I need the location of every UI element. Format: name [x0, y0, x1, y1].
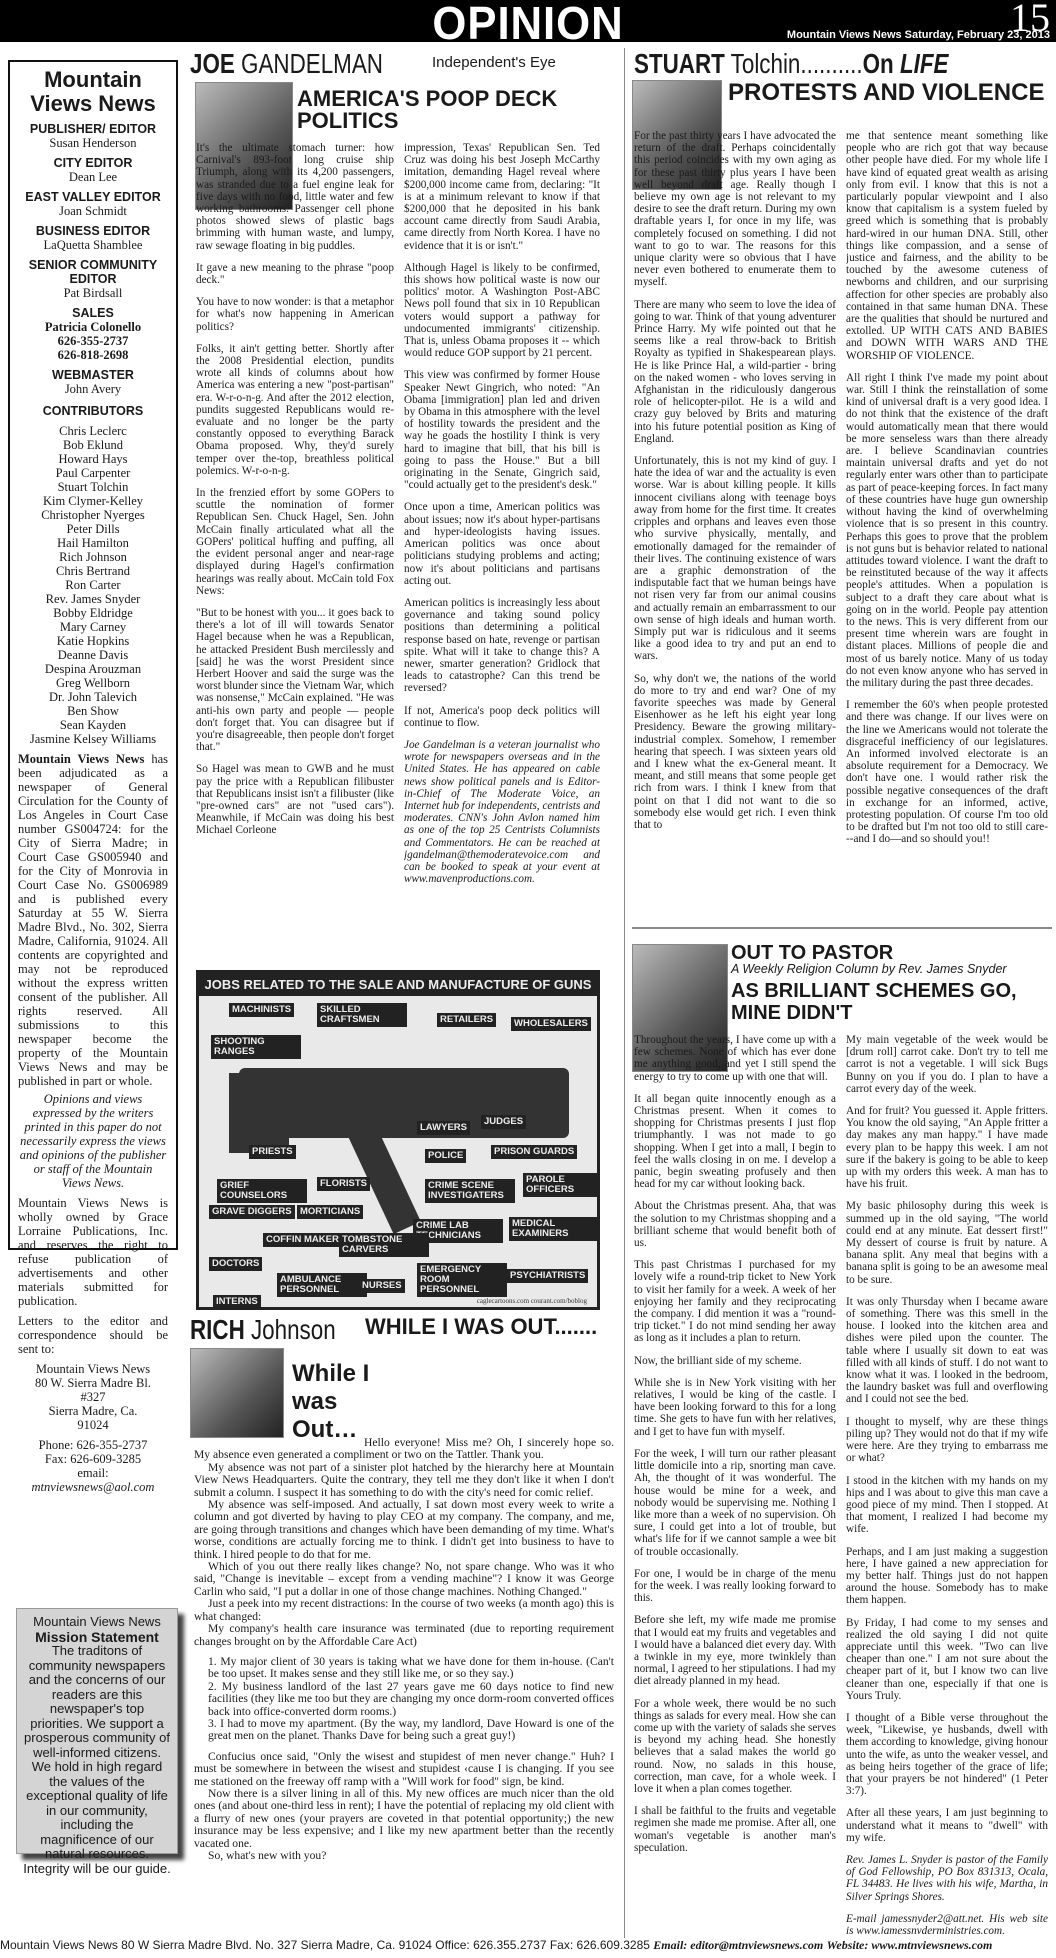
column-name: Independent's Eye — [432, 54, 556, 71]
tolchin-col1: For the past thirty years I have advocat… — [634, 130, 836, 920]
cartoon-label: MEDICAL EXAMINERS — [509, 1217, 597, 1241]
paragraph: It was only Thursday when I became aware… — [846, 1296, 1048, 1406]
section-banner: OPINION 15 Mountain Views News Saturday,… — [0, 0, 1056, 42]
paragraph: Hello everyone! Miss me? Oh, I sincerely… — [194, 1437, 614, 1462]
cartoon-credit: caglecartoons.com courant.com/boblog — [477, 1297, 587, 1305]
page-footer: Mountain Views News 80 W Sierra Madre Bl… — [0, 1938, 1056, 1953]
paragraph: All right I think I've made my point abo… — [846, 372, 1048, 689]
contributor-name: Ron Carter — [18, 578, 168, 592]
paragraph: I remember the 60's when people proteste… — [846, 699, 1048, 845]
cartoon-label: RETAILERS — [437, 1013, 496, 1027]
contributor-name: Greg Wellborn — [18, 676, 168, 690]
paragraph: I thought to myself, why are these thing… — [846, 1416, 1048, 1465]
paragraph: This past Christmas I purchased for my l… — [634, 1259, 836, 1344]
adjudication-name: Mountain Views News — [18, 752, 144, 766]
column-name-a: On — [863, 48, 900, 79]
johnson-photo — [190, 1348, 284, 1438]
cartoon-label: PRISON GUARDS — [491, 1145, 577, 1159]
email-link[interactable]: mtnviewsnews@aol.com — [18, 1480, 168, 1494]
gandelman-headline: AMERICA'S POOP DECK POLITICS — [297, 88, 597, 132]
contributor-name: Ben Show — [18, 704, 168, 718]
tolchin-headline: PROTESTS AND VIOLENCE — [728, 82, 1044, 104]
gandelman-col1: It's the ultimate stomach turner: how Ca… — [196, 142, 394, 962]
footer-website[interactable]: Website: www.mtnviewsnews.com — [827, 1938, 993, 1952]
paragraph: There are many who seem to love the idea… — [634, 299, 836, 445]
author-first: STUART — [634, 48, 725, 79]
address-line: #327 — [18, 1390, 168, 1404]
johnson-body: Hello everyone! Miss me? Oh, I sincerely… — [194, 1437, 614, 1933]
cartoon-label: EMERGENCY ROOM PERSONNEL — [417, 1263, 507, 1297]
johnson-kicker: WHILE I WAS OUT....... — [365, 1316, 597, 1338]
author-contact: E-mail jamessnyder2@att.net. His web sit… — [846, 1913, 1048, 1934]
contributor-name: Howard Hays — [18, 452, 168, 466]
paragraph: I stood in the kitchen with my hands on … — [846, 1475, 1048, 1536]
staff-role: CITY EDITOR — [18, 156, 168, 170]
section-title: OPINION — [26, 0, 1029, 50]
paragraph: Now, the brilliant side of my scheme. — [634, 1355, 836, 1367]
paragraph: Once upon a time, American politics was … — [404, 501, 600, 586]
contributor-name: Despina Arouzman — [18, 662, 168, 676]
tolchin-col2: me that sentence meant something like pe… — [846, 130, 1048, 920]
cartoon-label: POLICE — [425, 1149, 466, 1163]
ownership-notice: Mountain Views News is wholly owned by G… — [18, 1196, 168, 1308]
paragraph: This view was confirmed by former House … — [404, 369, 600, 491]
cartoon-label: MACHINISTS — [229, 1003, 294, 1017]
contributor-name: Hail Hamilton — [18, 536, 168, 550]
mailing-address: Mountain Views News80 W. Sierra Madre Bl… — [18, 1362, 168, 1432]
contributor-name: Stuart Tolchin — [18, 480, 168, 494]
paragraph: Now there is a silver lining in all of t… — [194, 1788, 614, 1850]
staff-name: John Avery — [18, 382, 168, 396]
paragraph: For the past thirty years I have advocat… — [634, 130, 836, 289]
contributor-name: Chris Leclerc — [18, 424, 168, 438]
footer-address: Mountain Views News 80 W Sierra Madre Bl… — [0, 1938, 650, 1952]
cartoon-label: WHOLESALERS — [511, 1017, 591, 1031]
snyder-column-name: OUT TO PASTOR — [731, 942, 893, 964]
paragraph: It all began quite innocently enough as … — [634, 1093, 836, 1191]
cartoon-label: GRAVE DIGGERS — [209, 1205, 295, 1219]
paragraph: "But to be honest with you... it goes ba… — [196, 607, 394, 753]
snyder-col1: Throughout the years, I have come up wit… — [634, 1034, 836, 1934]
address-line: Sierra Madre, Ca. — [18, 1404, 168, 1418]
phone: Phone: 626-355-2737 — [18, 1438, 168, 1452]
contributors-list: Chris LeclercBob EklundHoward HaysPaul C… — [18, 424, 168, 746]
contributor-name: Mary Carney — [18, 620, 168, 634]
cartoon-label: NURSES — [359, 1279, 405, 1293]
paragraph: So Hagel was mean to GWB and he must pay… — [196, 763, 394, 836]
contributor-name: Deanne Davis — [18, 648, 168, 662]
contributor-name: Peter Dills — [18, 522, 168, 536]
staff-name: LaQuetta Shamblee — [18, 238, 168, 252]
paragraph: And for fruit? You guessed it. Apple fri… — [846, 1105, 1048, 1190]
cartoon-label: PSYCHIATRISTS — [507, 1269, 588, 1283]
paragraph: For one, I would be in charge of the men… — [634, 1568, 836, 1605]
cartoon-label: INTERNS — [213, 1295, 261, 1309]
section-divider — [632, 927, 1052, 929]
paragraph: American politics is increasingly less a… — [404, 597, 600, 695]
contributor-name: Chris Bertrand — [18, 564, 168, 578]
paragraph: Just a peek into my recent distractions:… — [194, 1598, 614, 1623]
contributor-name: Dr. John Talevich — [18, 690, 168, 704]
paragraph: While she is in New York visiting with h… — [634, 1377, 836, 1438]
column-divider — [624, 48, 625, 1938]
gandelman-col2: impression, Texas' Republican Sen. Ted C… — [404, 142, 600, 962]
cartoon-label: LAWYERS — [417, 1121, 470, 1135]
cartoon-label: SKILLED CRAFTSMEN — [317, 1003, 407, 1027]
staff-phone: 626-355-2737 — [18, 334, 168, 348]
cartoon-label: MORTICIANS — [297, 1205, 363, 1219]
staff-role: EAST VALLEY EDITOR — [18, 190, 168, 204]
mission-title-1: Mountain Views News — [23, 1615, 171, 1630]
list-item: 2. My business landlord of the last 27 y… — [208, 1681, 614, 1718]
staff-role: SENIOR COMMUNITY EDITOR — [18, 258, 168, 286]
cartoon-label: PRIESTS — [249, 1145, 296, 1159]
staff-name: Pat Birdsall — [18, 286, 168, 300]
address-line: 80 W. Sierra Madre Bl. — [18, 1376, 168, 1390]
paragraph: My absence was self-imposed. And actuall… — [194, 1499, 614, 1561]
staff-name: Joan Schmidt — [18, 204, 168, 218]
list-item: 1. My major client of 30 years is taking… — [208, 1656, 614, 1681]
address-line: Mountain Views News — [18, 1362, 168, 1376]
cartoon-label: FLORISTS — [317, 1177, 370, 1191]
contributor-name: Paul Carpenter — [18, 466, 168, 480]
cartoon-label: AMBULANCE PERSONNEL — [277, 1273, 367, 1297]
paragraph: So, what's new with you? — [194, 1850, 614, 1862]
contributor-name: Rich Johnson — [18, 550, 168, 564]
cartoon-label: COFFIN MAKERS — [263, 1233, 348, 1247]
adjudication-text: has been adjudicated as a newspaper of G… — [18, 752, 168, 1088]
paragraph: About the Christmas present. Aha, that w… — [634, 1200, 836, 1249]
paragraph: After all these years, I am just beginni… — [846, 1807, 1048, 1844]
johnson-byline: RICH Johnson — [190, 1314, 336, 1346]
paragraph: My company's health care insurance was t… — [194, 1623, 614, 1648]
paragraph: It's the ultimate stomach turner: how Ca… — [196, 142, 394, 252]
footer-email[interactable]: Email: editor@mtnviewsnews.com — [653, 1938, 823, 1952]
numbered-list: 1. My major client of 30 years is taking… — [208, 1656, 614, 1743]
editorial-cartoon: JOBS RELATED TO THE SALE AND MANUFACTURE… — [196, 970, 600, 1310]
contributor-name: Sean Kayden — [18, 718, 168, 732]
paragraph: Throughout the years, I have come up wit… — [634, 1034, 836, 1083]
author-first: JOE — [190, 48, 235, 79]
author-bio: Rev. James L. Snyder is pastor of the Fa… — [846, 1854, 1048, 1903]
cartoon-label: SHOOTING RANGES — [211, 1035, 301, 1059]
paragraph: I thought of a Bible verse throughout th… — [846, 1712, 1048, 1797]
snyder-col2: My main vegetable of the week would be [… — [846, 1034, 1048, 1934]
contributor-name: Kim Clymer-Kelley — [18, 494, 168, 508]
staff-role: BUSINESS EDITOR — [18, 224, 168, 238]
email-label: email: — [18, 1466, 168, 1480]
staff-name: Patricia Colonello — [18, 320, 168, 334]
staff-phone: 626-818-2698 — [18, 348, 168, 362]
paragraph: impression, Texas' Republican Sen. Ted C… — [404, 142, 600, 252]
cartoon-label: JUDGES — [481, 1115, 526, 1129]
gandelman-byline: JOE GANDELMAN — [190, 48, 383, 80]
paragraph: It gave a new meaning to the phrase "poo… — [196, 262, 394, 286]
author-last: GANDELMAN — [241, 48, 383, 79]
disclaimer: Opinions and views expressed by the writ… — [18, 1092, 168, 1190]
mission-text: The traditons of community newspapers an… — [23, 1644, 171, 1876]
staff-name: Dean Lee — [18, 170, 168, 184]
paragraph: I shall be faithful to the fruits and ve… — [634, 1805, 836, 1854]
staff-role: SALES — [18, 306, 168, 320]
cartoon-label: CRIME SCENE INVESTIGATERS — [425, 1179, 515, 1203]
paragraph: For a whole week, there would be no such… — [634, 1698, 836, 1796]
cartoon-label: TOMBSTONE CARVERS — [339, 1233, 429, 1257]
paragraph: Folks, it ain't getting better. Shortly … — [196, 343, 394, 477]
contributor-name: Jasmine Kelsey Williams — [18, 732, 168, 746]
paragraph: Confucius once said, "Only the wisest an… — [194, 1751, 614, 1788]
address-line: 91024 — [18, 1418, 168, 1432]
contributor-name: Bob Eklund — [18, 438, 168, 452]
letters-notice: Letters to the editor and correspondence… — [18, 1314, 168, 1356]
staff-role: PUBLISHER/ EDITOR — [18, 122, 168, 136]
list-item: 3. I had to move my apartment. (By the w… — [208, 1718, 614, 1743]
staff-name: Susan Henderson — [18, 136, 168, 150]
paragraph: me that sentence meant something like pe… — [846, 130, 1048, 362]
staff-role: WEBMASTER — [18, 368, 168, 382]
paragraph: So, why don't we, the nations of the wor… — [634, 673, 836, 832]
contributors-heading: CONTRIBUTORS — [18, 404, 168, 418]
paragraph: Although Hagel is likely to be confirmed… — [404, 262, 600, 360]
fax: Fax: 626-609-3285 — [18, 1452, 168, 1466]
paragraph: My basic philosophy during this week is … — [846, 1200, 1048, 1285]
johnson-headline: While I was Out… — [292, 1360, 402, 1444]
author-bio: Joe Gandelman is a veteran journalist wh… — [404, 739, 600, 885]
cartoon-label: DOCTORS — [209, 1257, 262, 1271]
snyder-subtitle: A Weekly Religion Column by Rev. James S… — [731, 962, 1007, 976]
column-name-b: LIFE — [900, 48, 949, 79]
paragraph: Before she left, my wife made me promise… — [634, 1614, 836, 1687]
contributor-name: Bobby Eldridge — [18, 606, 168, 620]
paragraph: If not, America's poop deck politics wil… — [404, 705, 600, 729]
contributor-name: Christopher Nyerges — [18, 508, 168, 522]
paragraph: In the frenzied effort by some GOPers to… — [196, 487, 394, 597]
paragraph: You have to now wonder: is that a metaph… — [196, 296, 394, 333]
masthead-sidebar: Mountain Views News PUBLISHER/ EDITORSus… — [8, 60, 178, 1250]
author-last: Johnson — [251, 1314, 336, 1345]
cartoon-label: GRIEF COUNSELORS — [217, 1179, 307, 1203]
paragraph: For the week, I will turn our rather ple… — [634, 1448, 836, 1558]
paragraph: Perhaps, and I am just making a suggesti… — [846, 1546, 1048, 1607]
cartoon-label: PAROLE OFFICERS — [523, 1173, 597, 1197]
mission-statement: Mountain Views News Mission Statement Th… — [16, 1608, 178, 1854]
cartoon-title: JOBS RELATED TO THE SALE AND MANUFACTURE… — [199, 973, 597, 996]
paragraph: My absence was not part of a sinister pl… — [194, 1462, 614, 1499]
snyder-headline: AS BRILLIANT SCHEMES GO, MINE DIDN'T — [731, 980, 1031, 1024]
masthead-title: Mountain Views News — [18, 68, 168, 116]
dateline: Mountain Views News Saturday, February 2… — [787, 29, 1050, 41]
contributor-name: Rev. James Snyder — [18, 592, 168, 606]
author-last: Tolchin.......... — [731, 48, 863, 79]
paragraph: By Friday, I had come to my senses and r… — [846, 1617, 1048, 1702]
contributor-name: Katie Hopkins — [18, 634, 168, 648]
staff-list: PUBLISHER/ EDITORSusan HendersonCITY EDI… — [18, 122, 168, 396]
author-first: RICH — [190, 1314, 245, 1345]
mission-title-2: Mission Statement — [23, 1630, 171, 1645]
adjudication-notice: Mountain Views News has been adjudicated… — [18, 752, 168, 1088]
paragraph: Unfortunately, this is not my kind of gu… — [634, 455, 836, 662]
paragraph: My main vegetable of the week would be [… — [846, 1034, 1048, 1095]
paragraph: Which of you out there really likes chan… — [194, 1561, 614, 1598]
tolchin-byline: STUART Tolchin..........On LIFE — [634, 48, 949, 80]
